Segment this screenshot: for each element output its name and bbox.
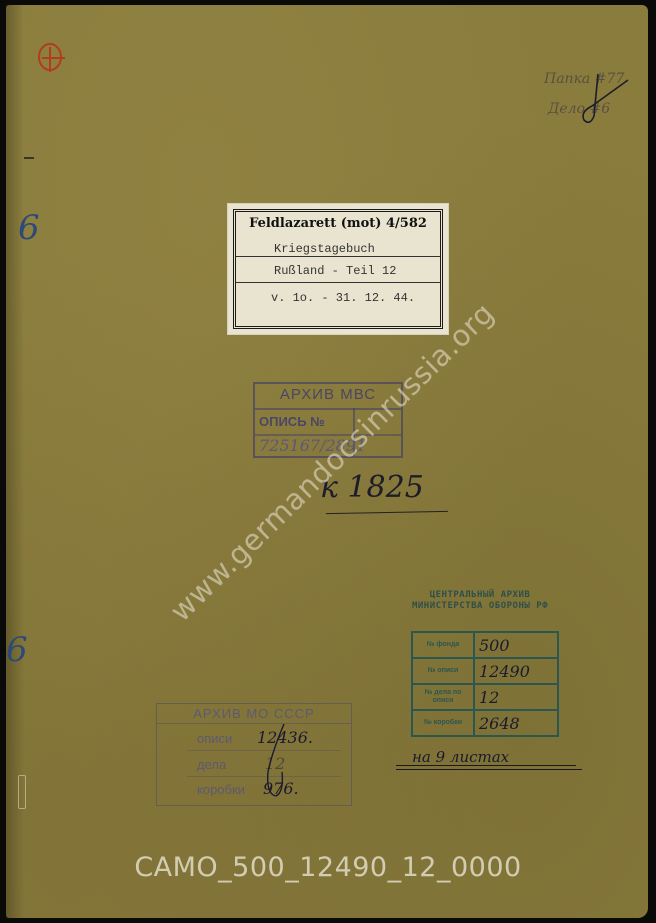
table-row: № коробки 2648 — [412, 710, 558, 736]
label-part: Rußland - Teil 12 — [236, 264, 440, 278]
image-caption: CAMO_500_12490_12_0000 — [0, 852, 656, 883]
delo-label: № дела по описи — [412, 684, 474, 710]
stamp-mo-signature-icon — [262, 722, 292, 802]
stamp-mo-delo-label: дела — [197, 757, 226, 772]
label-dates: v. 1o. - 31. 12. 44. — [236, 291, 440, 305]
sheets-note: на 9 листах — [412, 748, 509, 766]
edge-mark — [24, 157, 34, 159]
blue-number-bottom: 6 — [6, 630, 28, 670]
label-divider — [236, 282, 440, 283]
stamp-mbc-opis-label: ОПИСЬ № — [259, 414, 325, 429]
file-label: Feldlazarett (mot) 4/582 Kriegstagebuch … — [227, 203, 449, 335]
sheets-underline — [396, 769, 582, 770]
stamp-mo-header: АРХИВ МО СССР — [157, 706, 351, 724]
label-subtitle: Kriegstagebuch — [236, 242, 440, 256]
opis-value: 12490 — [474, 658, 558, 684]
stamp-archive-mo-ussr: АРХИВ МО СССР описи 12436. дела 12 короб… — [156, 703, 352, 806]
delo-value: 12 — [474, 684, 558, 710]
central-archive-header-line1: ЦЕНТРАЛЬНЫЙ АРХИВ — [380, 590, 580, 601]
signature-icon — [570, 72, 630, 128]
label-title: Feldlazarett (mot) 4/582 — [236, 216, 440, 231]
red-circled-cross-icon — [36, 40, 66, 74]
blue-number-top: 6 — [18, 208, 40, 248]
opis-label: № описи — [412, 658, 474, 684]
sheets-underline — [396, 765, 576, 766]
stamp-mo-opis-label: описи — [197, 731, 232, 746]
fond-label: № фонда — [412, 632, 474, 658]
table-row: № фонда 500 — [412, 632, 558, 658]
label-divider — [236, 256, 440, 257]
stamp-mo-korobka-label: коробки — [197, 782, 245, 797]
korobka-value: 2648 — [474, 710, 558, 736]
central-archive-header: ЦЕНТРАЛЬНЫЙ АРХИВ МИНИСТЕРСТВА ОБОРОНЫ Р… — [380, 590, 580, 612]
table-row: № дела по описи 12 — [412, 684, 558, 710]
table-row: № описи 12490 — [412, 658, 558, 684]
central-archive-table: № фонда 500 № описи 12490 № дела по опис… — [411, 631, 559, 737]
central-archive-header-line2: МИНИСТЕРСТВА ОБОРОНЫ РФ — [380, 601, 580, 612]
fond-value: 500 — [474, 632, 558, 658]
korobka-label: № коробки — [412, 710, 474, 736]
staple-mark — [18, 775, 26, 809]
